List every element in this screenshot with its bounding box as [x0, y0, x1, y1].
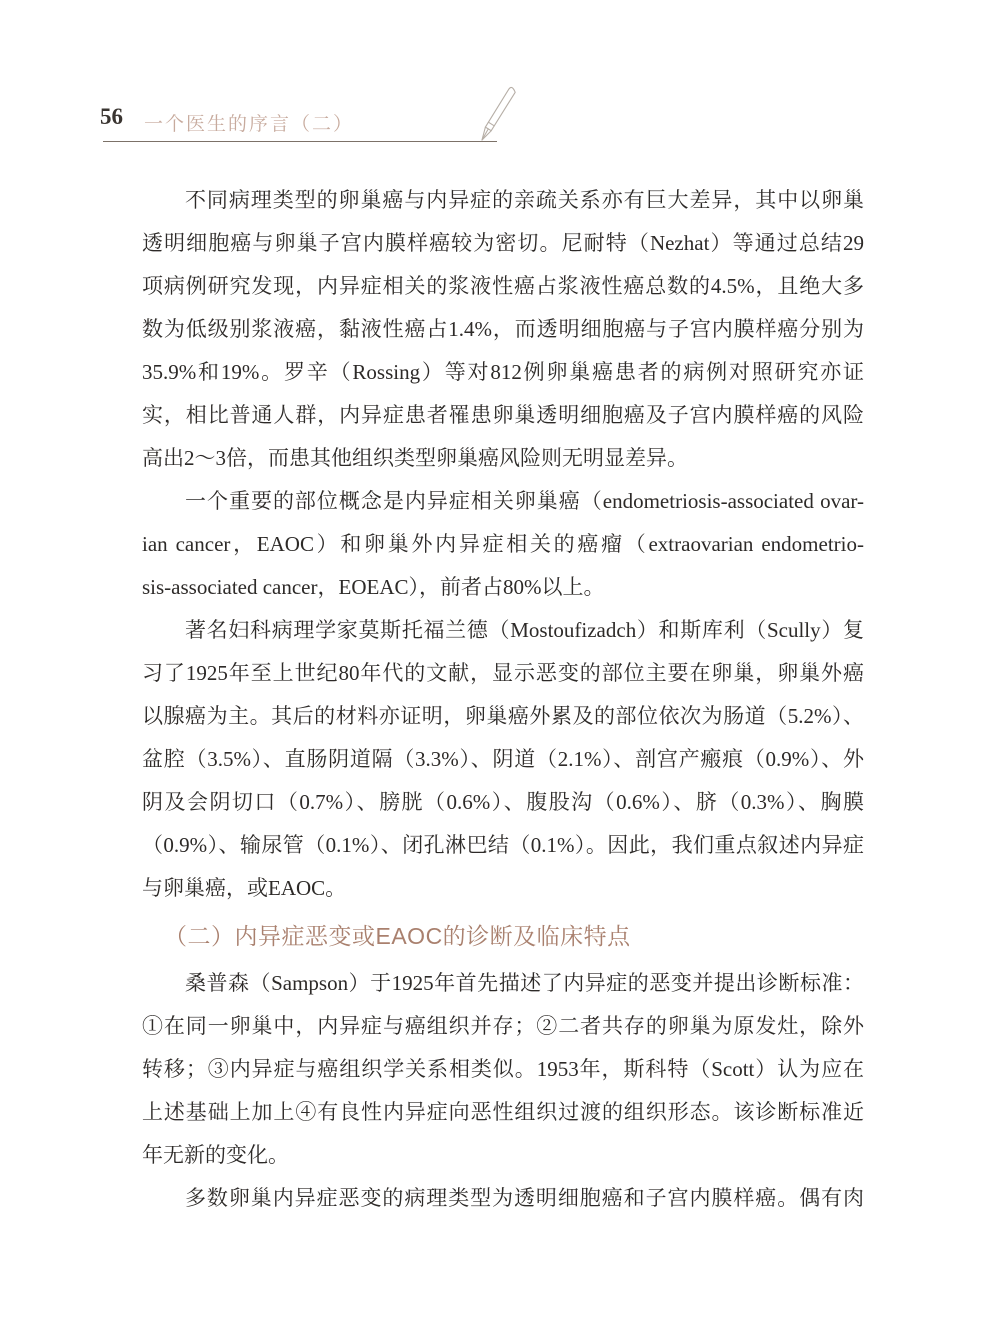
text-line: 年无新的变化。	[142, 1134, 864, 1177]
text-line: 盆腔（3.5%）、直肠阴道隔（3.3%）、阴道（2.1%）、剖宫产瘢痕（0.9%…	[142, 738, 864, 781]
text-line: 数为低级别浆液癌，黏液性癌占1.4%，而透明细胞癌与子宫内膜样癌分别为	[142, 308, 864, 351]
text-line: 上述基础上加上④有良性内异症向恶性组织过渡的组织形态。该诊断标准近	[142, 1091, 864, 1134]
text-line: 转移；③内异症与癌组织学关系相类似。1953年，斯科特（Scott）认为应在	[142, 1048, 864, 1091]
pen-icon	[472, 82, 520, 144]
text-line: ian cancer，EAOC）和卵巢外内异症相关的癌瘤（extraovaria…	[142, 523, 864, 566]
text-line: （0.9%）、输尿管（0.1%）、闭孔淋巴结（0.1%）。因此，我们重点叙述内异…	[142, 824, 864, 867]
text-line: 实，相比普通人群，内异症患者罹患卵巢透明细胞癌及子宫内膜样癌的风险	[142, 394, 864, 437]
book-page: 56 一个医生的序言（二） 不同病理类型的卵巢癌与内异症的亲疏关系亦有巨大差异，…	[0, 0, 998, 1338]
text-line: 以腺癌为主。其后的材料亦证明，卵巢癌外累及的部位依次为肠道（5.2%）、	[142, 695, 864, 738]
text-line: 高出2～3倍，而患其他组织类型卵巢癌风险则无明显差异。	[142, 437, 864, 480]
section-heading: （二）内异症恶变或EAOC的诊断及临床特点	[142, 910, 864, 962]
text-line: 阴及会阴切口（0.7%）、膀胱（0.6%）、腹股沟（0.6%）、脐（0.3%）、…	[142, 781, 864, 824]
text-line: 不同病理类型的卵巢癌与内异症的亲疏关系亦有巨大差异，其中以卵巢	[142, 179, 864, 222]
text-line: 多数卵巢内异症恶变的病理类型为透明细胞癌和子宫内膜样癌。偶有肉	[142, 1177, 864, 1220]
text-line: 35.9%和19%。罗辛（Rossing）等对812例卵巢癌患者的病例对照研究亦…	[142, 351, 864, 394]
text-line: 项病例研究发现，内异症相关的浆液性癌占浆液性癌总数的4.5%，且绝大多	[142, 265, 864, 308]
text-line: 与卵巢癌，或EAOC。	[142, 867, 864, 910]
text-line: ①在同一卵巢中，内异症与癌组织并存；②二者共存的卵巢为原发灶，除外	[142, 1005, 864, 1048]
page-number: 56	[100, 104, 123, 130]
text-line: 一个重要的部位概念是内异症相关卵巢癌（endometriosis-associa…	[142, 480, 864, 523]
text-line: 习了1925年至上世纪80年代的文献，显示恶变的部位主要在卵巢，卵巢外癌	[142, 652, 864, 695]
text-line: sis-associated cancer，EOEAC），前者占80%以上。	[142, 566, 864, 609]
text-line: 透明细胞癌与卵巢子宫内膜样癌较为密切。尼耐特（Nezhat）等通过总结29	[142, 222, 864, 265]
text-block: 不同病理类型的卵巢癌与内异症的亲疏关系亦有巨大差异，其中以卵巢 透明细胞癌与卵巢…	[142, 179, 864, 1220]
header-rule	[103, 141, 497, 142]
running-header-title: 一个医生的序言（二）	[144, 109, 354, 136]
text-line: 著名妇科病理学家莫斯托福兰德（Mostoufizadch）和斯库利（Scully…	[142, 609, 864, 652]
text-line: 桑普森（Sampson）于1925年首先描述了内异症的恶变并提出诊断标准：	[142, 962, 864, 1005]
